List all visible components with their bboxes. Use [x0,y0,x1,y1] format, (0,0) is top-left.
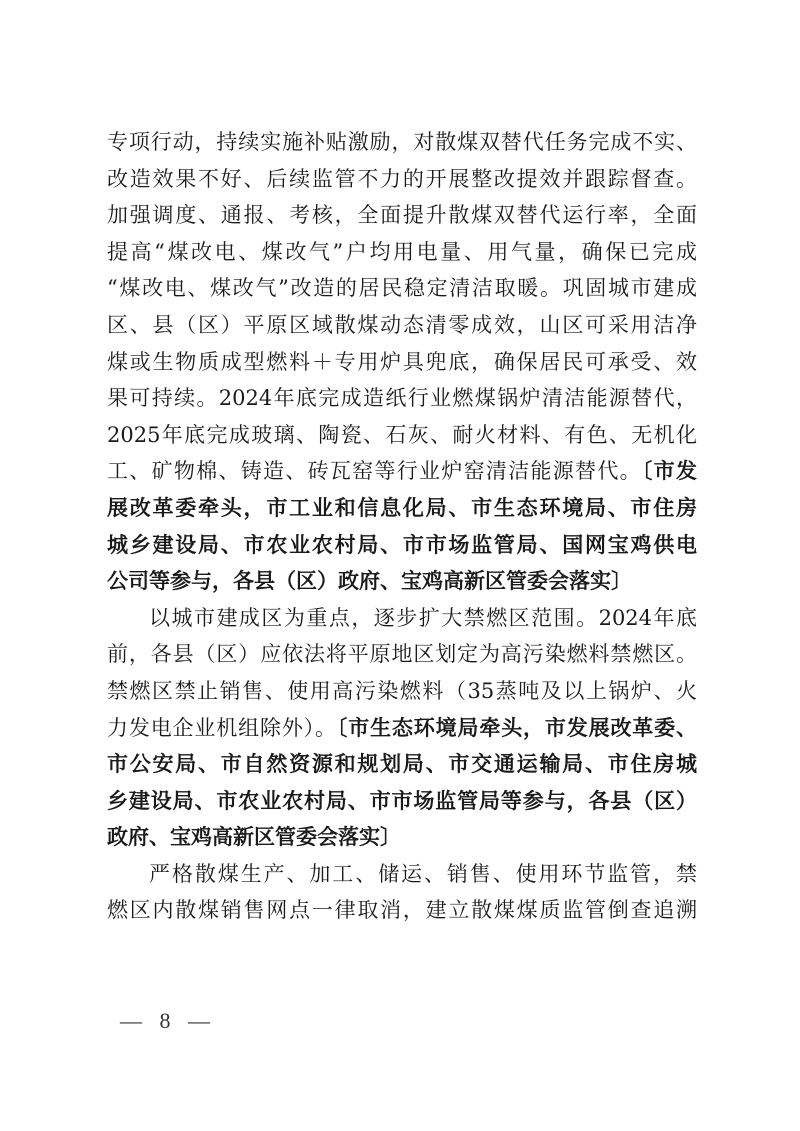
page-number: — 8 — [120,1008,216,1034]
text-line: 严格散煤生产、加工、储运、销售、使用环节监管，禁 [107,856,697,893]
text-line: 乡建设局、市农业农村局、市市场监管局等参与，各县（区） [107,783,697,820]
responsible-agencies-text: 政府、宝鸡高新区管委会落实〕 [107,824,401,849]
text-line: 市公安局、市自然资源和规划局、市交通运输局、市住房城 [107,746,697,783]
body-text-segment: 改造效果不好、后续监管不力的开展整改提效并跟踪督查。 [107,167,697,191]
text-line: 煤或生物质成型燃料＋专用炉具兜底，确保居民可承受、效 [107,344,697,381]
responsible-agencies-text: 城乡建设局、市农业农村局、市市场监管局、国网宝鸡供电 [107,532,697,557]
text-line: 力发电企业机组除外）。〔市生态环境局牵头，市发展改革委、 [107,710,697,747]
body-text-segment: 燃区内散煤销售网点一律取消，建立散煤煤质监管倒查追溯 [107,898,697,922]
text-line: 政府、宝鸡高新区管委会落实〕 [107,819,697,856]
body-text-segment: 工、矿物棉、铸造、砖瓦窑等行业炉窑清洁能源替代。 [107,459,642,483]
body-text-segment: 力发电企业机组除外）。 [107,716,337,740]
text-line: 以城市建成区为重点，逐步扩大禁燃区范围。2024年底 [107,600,697,637]
body-text-segment: 严格散煤生产、加工、储运、销售、使用环节监管，禁 [149,862,697,886]
responsible-agencies-text: 乡建设局、市农业农村局、市市场监管局等参与，各县（区） [107,788,697,813]
text-line: 果可持续。2024年底完成造纸行业燃煤锅炉清洁能源替代， [107,380,697,417]
body-text-segment: 以城市建成区为重点，逐步扩大禁燃区范围。2024年底 [149,606,697,630]
document-page: 专项行动，持续实施补贴激励，对散煤双替代任务完成不实、改造效果不好、后续监管不力… [0,0,800,1131]
body-text-segment: 2025年底完成玻璃、陶瓷、石灰、耐火材料、有色、无机化 [107,423,697,447]
body-text-segment: 专项行动，持续实施补贴激励，对散煤双替代任务完成不实、 [107,130,697,154]
text-line: 加强调度、通报、考核，全面提升散煤双替代运行率，全面 [107,197,697,234]
body-text-segment: 加强调度、通报、考核，全面提升散煤双替代运行率，全面 [107,203,697,227]
body-text-segment: 煤或生物质成型燃料＋专用炉具兜底，确保居民可承受、效 [107,350,697,374]
text-line: “煤改电、煤改气”改造的居民稳定清洁取暖。巩固城市建成 [107,270,697,307]
text-line: 前，各县（区）应依法将平原地区划定为高污染燃料禁燃区。 [107,636,697,673]
responsible-agencies-text: 〔市生态环境局牵头，市发展改革委、 [337,715,697,740]
responsible-agencies-text: 〔市发 [642,458,697,483]
text-line: 工、矿物棉、铸造、砖瓦窑等行业炉窑清洁能源替代。〔市发 [107,453,697,490]
body-text-segment: 果可持续。2024年底完成造纸行业燃煤锅炉清洁能源替代， [107,386,697,410]
text-line: 区、县（区）平原区域散煤动态清零成效，山区可采用洁净 [107,307,697,344]
text-line: 改造效果不好、后续监管不力的开展整改提效并跟踪督查。 [107,161,697,198]
body-text: 专项行动，持续实施补贴激励，对散煤双替代任务完成不实、改造效果不好、后续监管不力… [107,124,697,929]
text-line: 展改革委牵头，市工业和信息化局、市生态环境局、市住房 [107,490,697,527]
text-line: 2025年底完成玻璃、陶瓷、石灰、耐火材料、有色、无机化 [107,417,697,454]
responsible-agencies-text: 展改革委牵头，市工业和信息化局、市生态环境局、市住房 [107,495,697,520]
text-line: 禁燃区禁止销售、使用高污染燃料（35蒸吨及以上锅炉、火 [107,673,697,710]
text-line: 城乡建设局、市农业农村局、市市场监管局、国网宝鸡供电 [107,527,697,564]
body-text-segment: 区、县（区）平原区域散煤动态清零成效，山区可采用洁净 [107,313,697,337]
text-line: 专项行动，持续实施补贴激励，对散煤双替代任务完成不实、 [107,124,697,161]
body-text-segment: 禁燃区禁止销售、使用高污染燃料（35蒸吨及以上锅炉、火 [107,679,697,703]
body-text-segment: 前，各县（区）应依法将平原地区划定为高污染燃料禁燃区。 [107,642,697,666]
text-line: 公司等参与，各县（区）政府、宝鸡高新区管委会落实〕 [107,563,697,600]
responsible-agencies-text: 市公安局、市自然资源和规划局、市交通运输局、市住房城 [107,751,697,776]
text-line: 燃区内散煤销售网点一律取消，建立散煤煤质监管倒查追溯 [107,892,697,929]
text-line: 提高“煤改电、煤改气”户均用电量、用气量，确保已完成 [107,234,697,271]
body-text-segment: “煤改电、煤改气”改造的居民稳定清洁取暖。巩固城市建成 [107,276,697,300]
responsible-agencies-text: 公司等参与，各县（区）政府、宝鸡高新区管委会落实〕 [107,568,632,593]
body-text-segment: 提高“煤改电、煤改气”户均用电量、用气量，确保已完成 [107,240,697,264]
